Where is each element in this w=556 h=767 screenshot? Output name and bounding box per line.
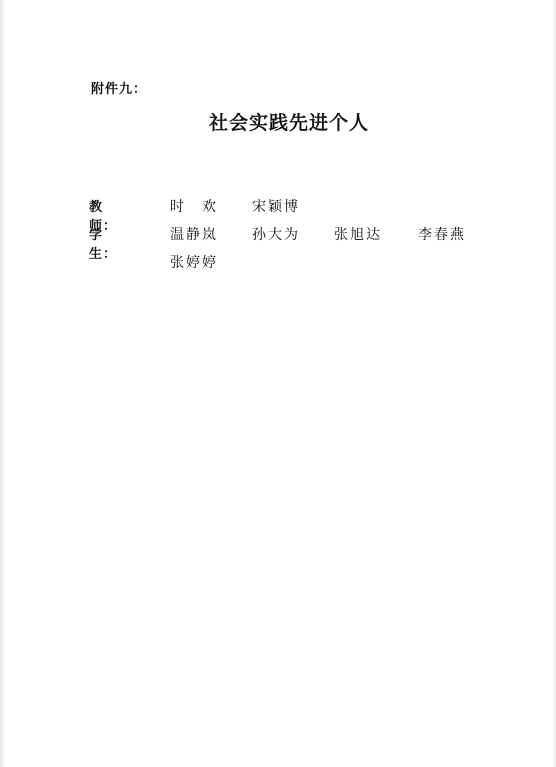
document-page: 附件九： 社会实践先进个人 教师： 时 欢 宋颖博 学生： 温静岚 孙大为 张旭… [0, 0, 556, 767]
students-label: 学生： [89, 224, 117, 262]
student-name: 张婷婷 [170, 252, 218, 272]
student-name: 李春燕 [418, 224, 466, 244]
attachment-label: 附件九： [91, 78, 147, 97]
page-title: 社会实践先进个人 [0, 108, 556, 135]
teacher-name: 宋颖博 [252, 196, 300, 216]
student-name: 温静岚 [170, 224, 218, 244]
student-name: 张旭达 [334, 224, 382, 244]
student-name: 孙大为 [252, 224, 300, 244]
teacher-name: 时 欢 [170, 196, 218, 216]
